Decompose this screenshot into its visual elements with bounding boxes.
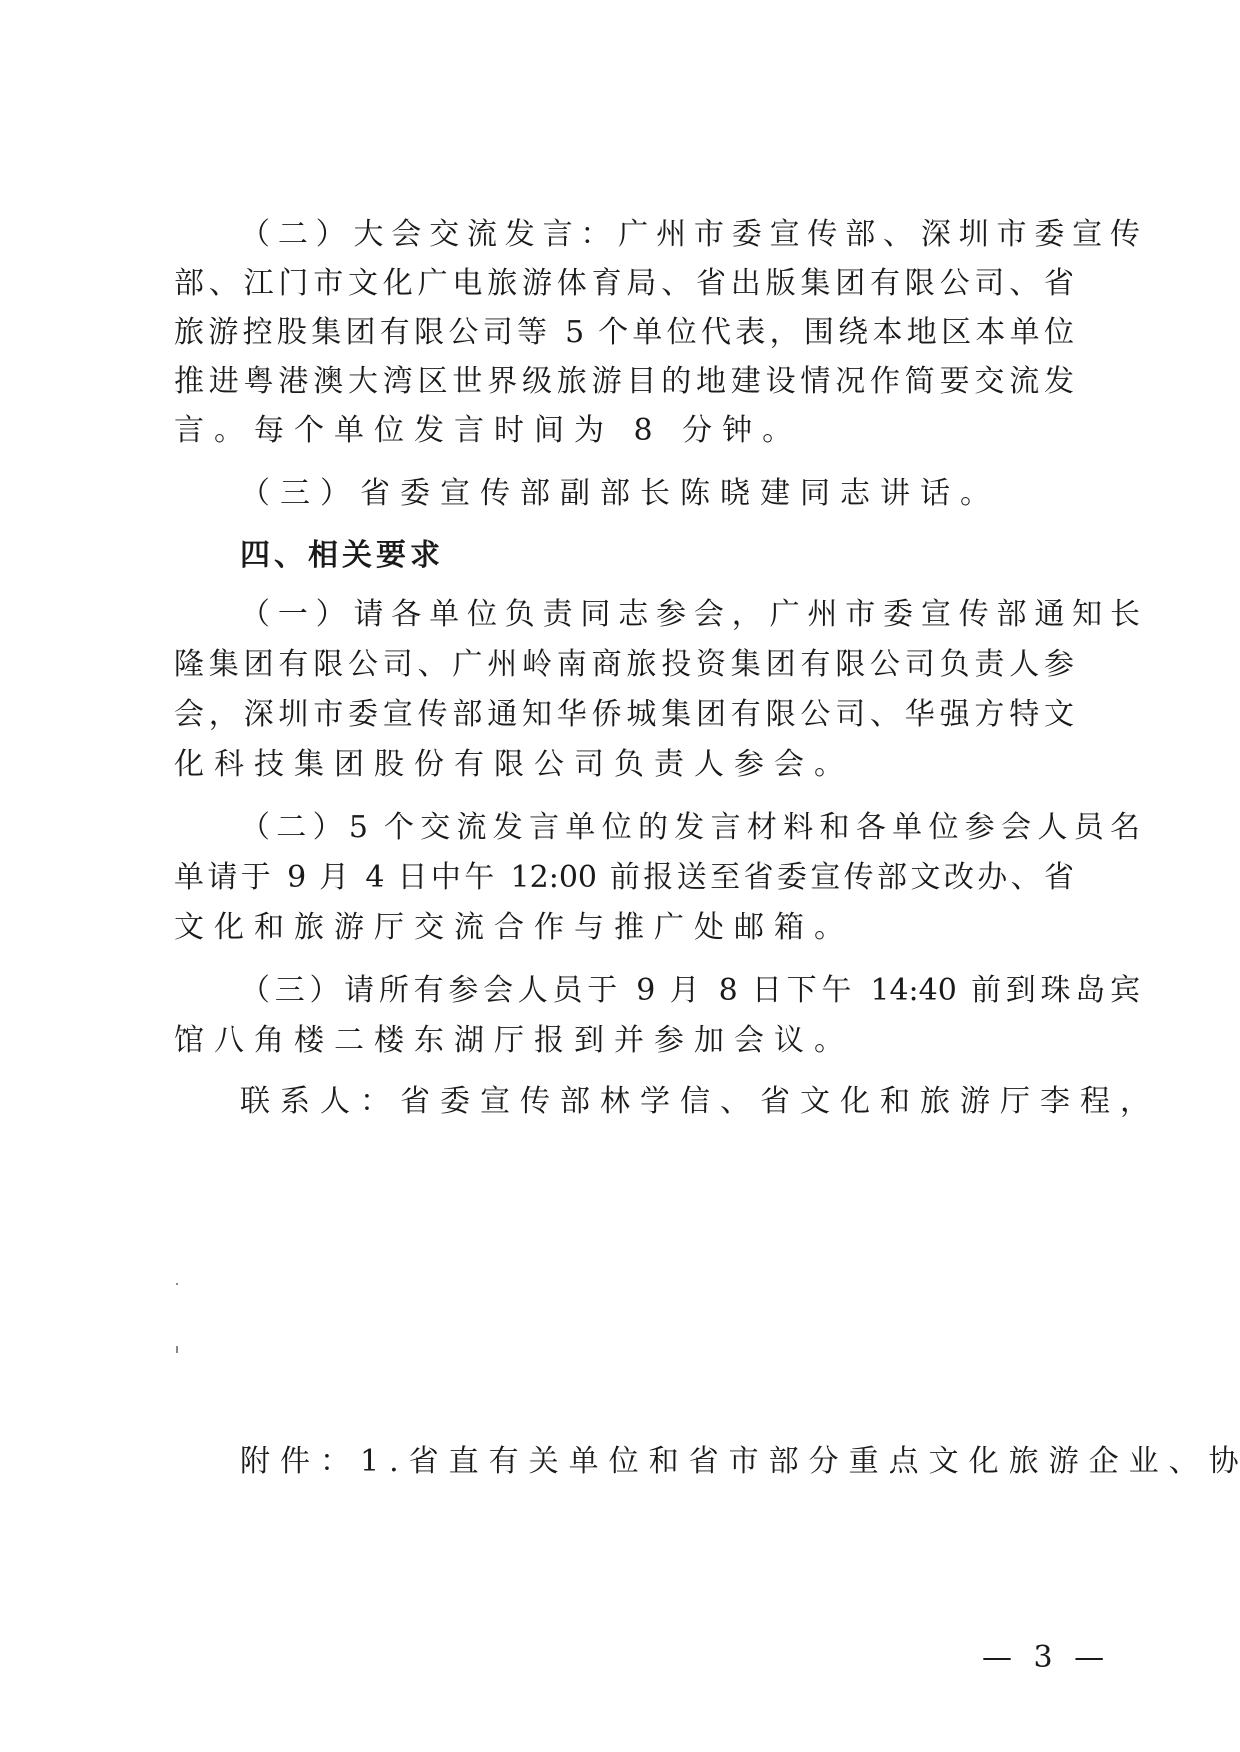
scan-speck: [176, 1346, 178, 1353]
paragraph-leader-speech: （三）省委宣传部副部长陈晓建同志讲话。: [240, 474, 1140, 514]
attachment-line: 附件：1.省直有关单位和省市部分重点文化旅游企业、协: [240, 1442, 1100, 1482]
document-page: （二）大会交流发言：广州市委宣传部、深圳市委宣传 部、江门市文化广电旅游体育局、…: [0, 0, 1240, 1752]
paragraph-speech-exchange-line-1: （二）大会交流发言：广州市委宣传部、深圳市委宣传: [240, 215, 1140, 255]
paragraph-speech-exchange-line-5: 言。每个单位发言时间为 8 分钟。: [174, 411, 1074, 451]
paragraph-attendance-line-4: 化科技集团股份有限公司负责人参会。: [174, 745, 1074, 785]
page-number: — 3 —: [982, 1640, 1110, 1675]
paragraph-registration-line-2: 馆八角楼二楼东湖厅报到并参加会议。: [174, 1021, 1074, 1061]
paragraph-attendance-line-2: 隆集团有限公司、广州岭南商旅投资集团有限公司负责人参: [174, 645, 1074, 685]
scan-speck: [176, 1283, 178, 1285]
paragraph-speech-exchange-line-2: 部、江门市文化广电旅游体育局、省出版集团有限公司、省: [174, 264, 1074, 304]
paragraph-attendance-line-3: 会，深圳市委宣传部通知华侨城集团有限公司、华强方特文: [174, 695, 1074, 735]
paragraph-attendance-line-1: （一）请各单位负责同志参会，广州市委宣传部通知长: [240, 595, 1140, 635]
paragraph-materials-line-2: 单请于 9 月 4 日中午 12:00 前报送至省委宣传部文改办、省: [174, 858, 1074, 898]
paragraph-materials-line-3: 文化和旅游厅交流合作与推广处邮箱。: [174, 908, 1074, 948]
paragraph-registration-line-1: （三）请所有参会人员于 9 月 8 日下午 14:40 前到珠岛宾: [240, 971, 1140, 1011]
contact-person-line: 联系人：省委宣传部林学信、省文化和旅游厅李程，: [240, 1082, 1140, 1122]
paragraph-speech-exchange-line-3: 旅游控股集团有限公司等 5 个单位代表，围绕本地区本单位: [174, 313, 1074, 353]
paragraph-materials-line-1: （二）5 个交流发言单位的发言材料和各单位参会人员名: [240, 808, 1140, 848]
section-heading-requirements: 四、相关要求: [240, 536, 1140, 576]
paragraph-speech-exchange-line-4: 推进粤港澳大湾区世界级旅游目的地建设情况作简要交流发: [174, 362, 1074, 402]
